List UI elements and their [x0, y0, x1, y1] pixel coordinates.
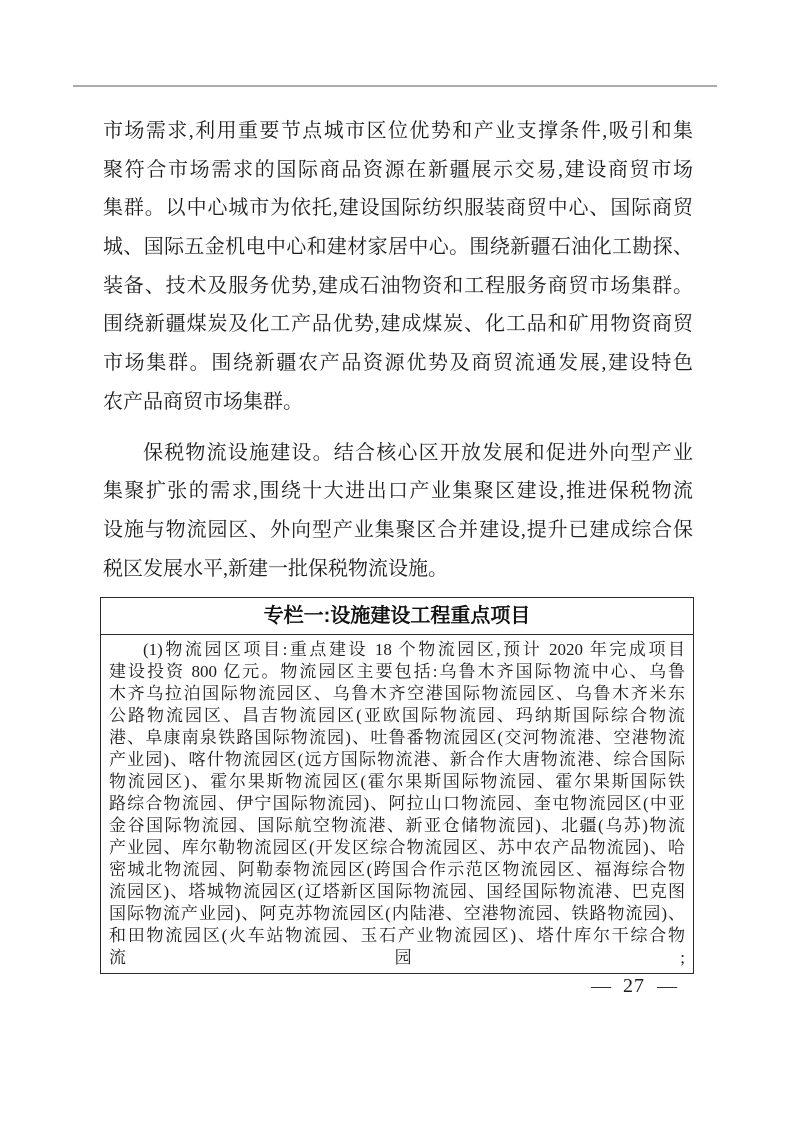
callout-box-title: 专栏一:设施建设工程重点项目 [101, 598, 693, 635]
text-line: 设施与物流园区、外向型产业集聚区合并建设,提升已建成综合保 [103, 511, 693, 550]
text-line: 围绕新疆煤炭及化工产品优势,建成煤炭、化工品和矿用物资商贸 [103, 305, 693, 344]
text-line: 集群。以中心城市为依托,建设国际纺织服装商贸中心、国际商贸 [103, 189, 693, 228]
box-text-line: 密城北物流园、阿勒泰物流园区(跨国合作示范区物流园区、福海综合物 [109, 859, 685, 881]
box-text-line: 港、阜康南泉铁路国际物流园)、吐鲁番物流园区(交河物流港、空港物流 [109, 727, 685, 749]
text-line: 税区发展水平,新建一批保税物流设施。 [103, 550, 693, 589]
page-number: 27 [623, 975, 645, 998]
box-text-line: 木齐乌拉泊国际物流园区、乌鲁木齐空港国际物流园区、乌鲁木齐米东 [109, 683, 685, 705]
text-line: 市场需求,利用重要节点城市区位优势和产业支撑条件,吸引和集 [103, 112, 693, 151]
box-text-line: 产业园、库尔勒物流园区(开发区综合物流园区、苏中农产品物流园)、哈 [109, 837, 685, 859]
header-rule [73, 85, 717, 87]
text-line: 农产品商贸市场集群。 [103, 383, 693, 422]
box-text-line: 和田物流园区(火车站物流园、玉石产业物流园区)、塔什库尔干综合物 [109, 925, 685, 947]
text-line: 装备、技术及服务优势,建成石油物资和工程服务商贸市场集群。 [103, 267, 693, 306]
callout-box-body: (1)物流园区项目:重点建设 18 个物流园区,预计 2020 年完成项目 建设… [101, 635, 693, 973]
footer-dash-left: — [591, 975, 611, 998]
paragraph-bonded-logistics: 保税物流设施建设。结合核心区开放发展和促进外向型产业 集聚扩张的需求,围绕十大进… [103, 434, 693, 589]
text-line: 保税物流设施建设。结合核心区开放发展和促进外向型产业 [103, 434, 693, 473]
box-text-line: (1)物流园区项目:重点建设 18 个物流园区,预计 2020 年完成项目 [109, 639, 685, 661]
callout-box-column-1: 专栏一:设施建设工程重点项目 (1)物流园区项目:重点建设 18 个物流园区,预… [100, 597, 694, 974]
box-text-line: 流园区)、塔城物流园区(辽塔新区国际物流园、国经国际物流港、巴克图 [109, 881, 685, 903]
box-text-line: 流园; [109, 947, 685, 969]
page-footer: — 27 — [591, 975, 677, 998]
paragraph-market-clusters: 市场需求,利用重要节点城市区位优势和产业支撑条件,吸引和集 聚符合市场需求的国际… [103, 112, 693, 422]
box-text-line: 建设投资 800 亿元。物流园区主要包括:乌鲁木齐国际物流中心、乌鲁 [109, 661, 685, 683]
document-page: 市场需求,利用重要节点城市区位优势和产业支撑条件,吸引和集 聚符合市场需求的国际… [0, 0, 793, 1122]
footer-dash-right: — [657, 975, 677, 998]
box-text-line: 物流园区)、霍尔果斯物流园区(霍尔果斯国际物流园、霍尔果斯国际铁 [109, 771, 685, 793]
box-text-line: 金谷国际物流园、国际航空物流港、新亚仓储物流园)、北疆(乌苏)物流 [109, 815, 685, 837]
text-line: 市场集群。围绕新疆农产品资源优势及商贸流通发展,建设特色 [103, 344, 693, 383]
box-text-line: 路综合物流园、伊宁国际物流园)、阿拉山口物流园、奎屯物流园区(中亚 [109, 793, 685, 815]
text-line: 聚符合市场需求的国际商品资源在新疆展示交易,建设商贸市场 [103, 151, 693, 190]
text-line: 城、国际五金机电中心和建材家居中心。围绕新疆石油化工勘探、 [103, 228, 693, 267]
page-content: 市场需求,利用重要节点城市区位优势和产业支撑条件,吸引和集 聚符合市场需求的国际… [103, 112, 693, 974]
box-text-line: 公路物流园区、昌吉物流园区(亚欧国际物流园、玛纳斯国际综合物流 [109, 705, 685, 727]
box-text-line: 产业园)、喀什物流园区(远方国际物流港、新合作大唐物流港、综合国际 [109, 749, 685, 771]
text-line: 集聚扩张的需求,围绕十大进出口产业集聚区建设,推进保税物流 [103, 472, 693, 511]
box-text-line: 国际物流产业园)、阿克苏物流园区(内陆港、空港物流园、铁路物流园)、 [109, 903, 685, 925]
